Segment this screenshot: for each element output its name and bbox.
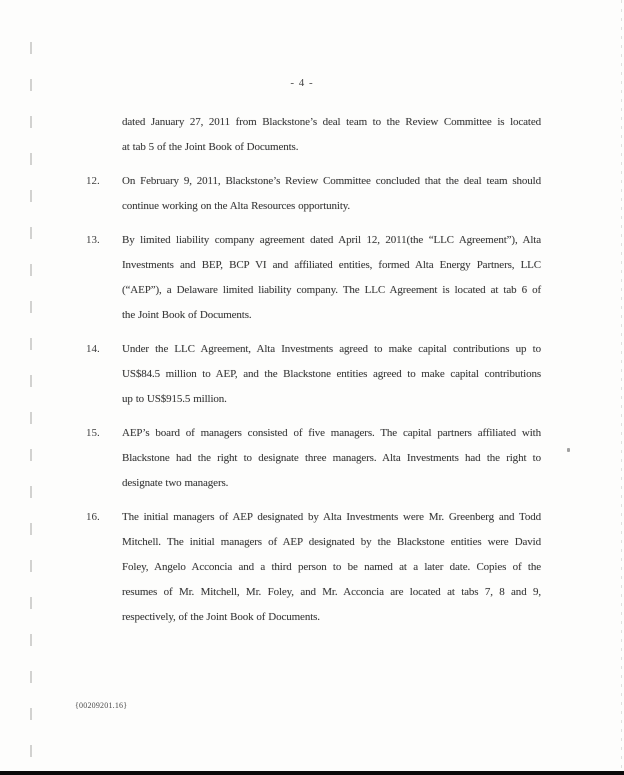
paragraph-line: Blackstone had the right to designate th… (122, 446, 541, 471)
paragraph-line: designate two managers. (122, 471, 541, 496)
paragraph-line: at tab 5 of the Joint Book of Documents. (122, 135, 541, 160)
paragraph-number: 12. (86, 169, 122, 219)
paragraph-lines: The initial managers of AEP designated b… (122, 505, 541, 630)
paragraph-line: The initial managers of AEP designated b… (122, 505, 541, 530)
paragraph-line: resumes of Mr. Mitchell, Mr. Foley, and … (122, 580, 541, 605)
paragraph-line: the Joint Book of Documents. (122, 303, 541, 328)
paragraph: dated January 27, 2011 from Blackstone’s… (86, 110, 541, 160)
paragraph-lines: By limited liability company agreement d… (122, 228, 541, 328)
paragraph-line: Mitchell. The initial managers of AEP de… (122, 530, 541, 555)
paragraph: 15.AEP’s board of managers consisted of … (86, 421, 541, 496)
paragraph: 12.On February 9, 2011, Blackstone’s Rev… (86, 169, 541, 219)
paragraph-number: 14. (86, 337, 122, 412)
paragraph-lines: dated January 27, 2011 from Blackstone’s… (122, 110, 541, 160)
paragraph-lines: Under the LLC Agreement, Alta Investment… (122, 337, 541, 412)
paragraph-number: 16. (86, 505, 122, 630)
document-control-number: {00209201.16} (75, 701, 127, 711)
scan-artifact-speck (567, 448, 570, 452)
paragraph: 14.Under the LLC Agreement, Alta Investm… (86, 337, 541, 412)
paragraph-number: 13. (86, 228, 122, 328)
paragraph-line: Investments and BEP, BCP VI and affiliat… (122, 253, 541, 278)
paragraph-line: AEP’s board of managers consisted of fiv… (122, 421, 541, 446)
document-body: dated January 27, 2011 from Blackstone’s… (86, 110, 541, 639)
paragraph: 13.By limited liability company agreemen… (86, 228, 541, 328)
paragraph-line: (“AEP”), a Delaware limited liability co… (122, 278, 541, 303)
page-number: - 4 - (0, 76, 604, 90)
paragraph: 16.The initial managers of AEP designate… (86, 505, 541, 630)
scan-artifact-right-edge-dots (621, 0, 622, 771)
paragraph-number (86, 110, 122, 160)
paragraph-line: On February 9, 2011, Blackstone’s Review… (122, 169, 541, 194)
paragraph-line: up to US$915.5 million. (122, 387, 541, 412)
paragraph-lines: AEP’s board of managers consisted of fiv… (122, 421, 541, 496)
paragraph-line: US$84.5 million to AEP, and the Blacksto… (122, 362, 541, 387)
paragraph-line: Under the LLC Agreement, Alta Investment… (122, 337, 541, 362)
scanned-document-page: - 4 - dated January 27, 2011 from Blacks… (0, 0, 624, 775)
paragraph-line: dated January 27, 2011 from Blackstone’s… (122, 110, 541, 135)
scan-edge-bar (0, 771, 624, 775)
paragraph-line: Foley, Angelo Acconcia and a third perso… (122, 555, 541, 580)
paragraph-line: continue working on the Alta Resources o… (122, 194, 541, 219)
paragraph-lines: On February 9, 2011, Blackstone’s Review… (122, 169, 541, 219)
scan-artifact-left-binding-line (30, 42, 32, 770)
paragraph-number: 15. (86, 421, 122, 496)
paragraph-line: respectively, of the Joint Book of Docum… (122, 605, 541, 630)
paragraph-line: By limited liability company agreement d… (122, 228, 541, 253)
